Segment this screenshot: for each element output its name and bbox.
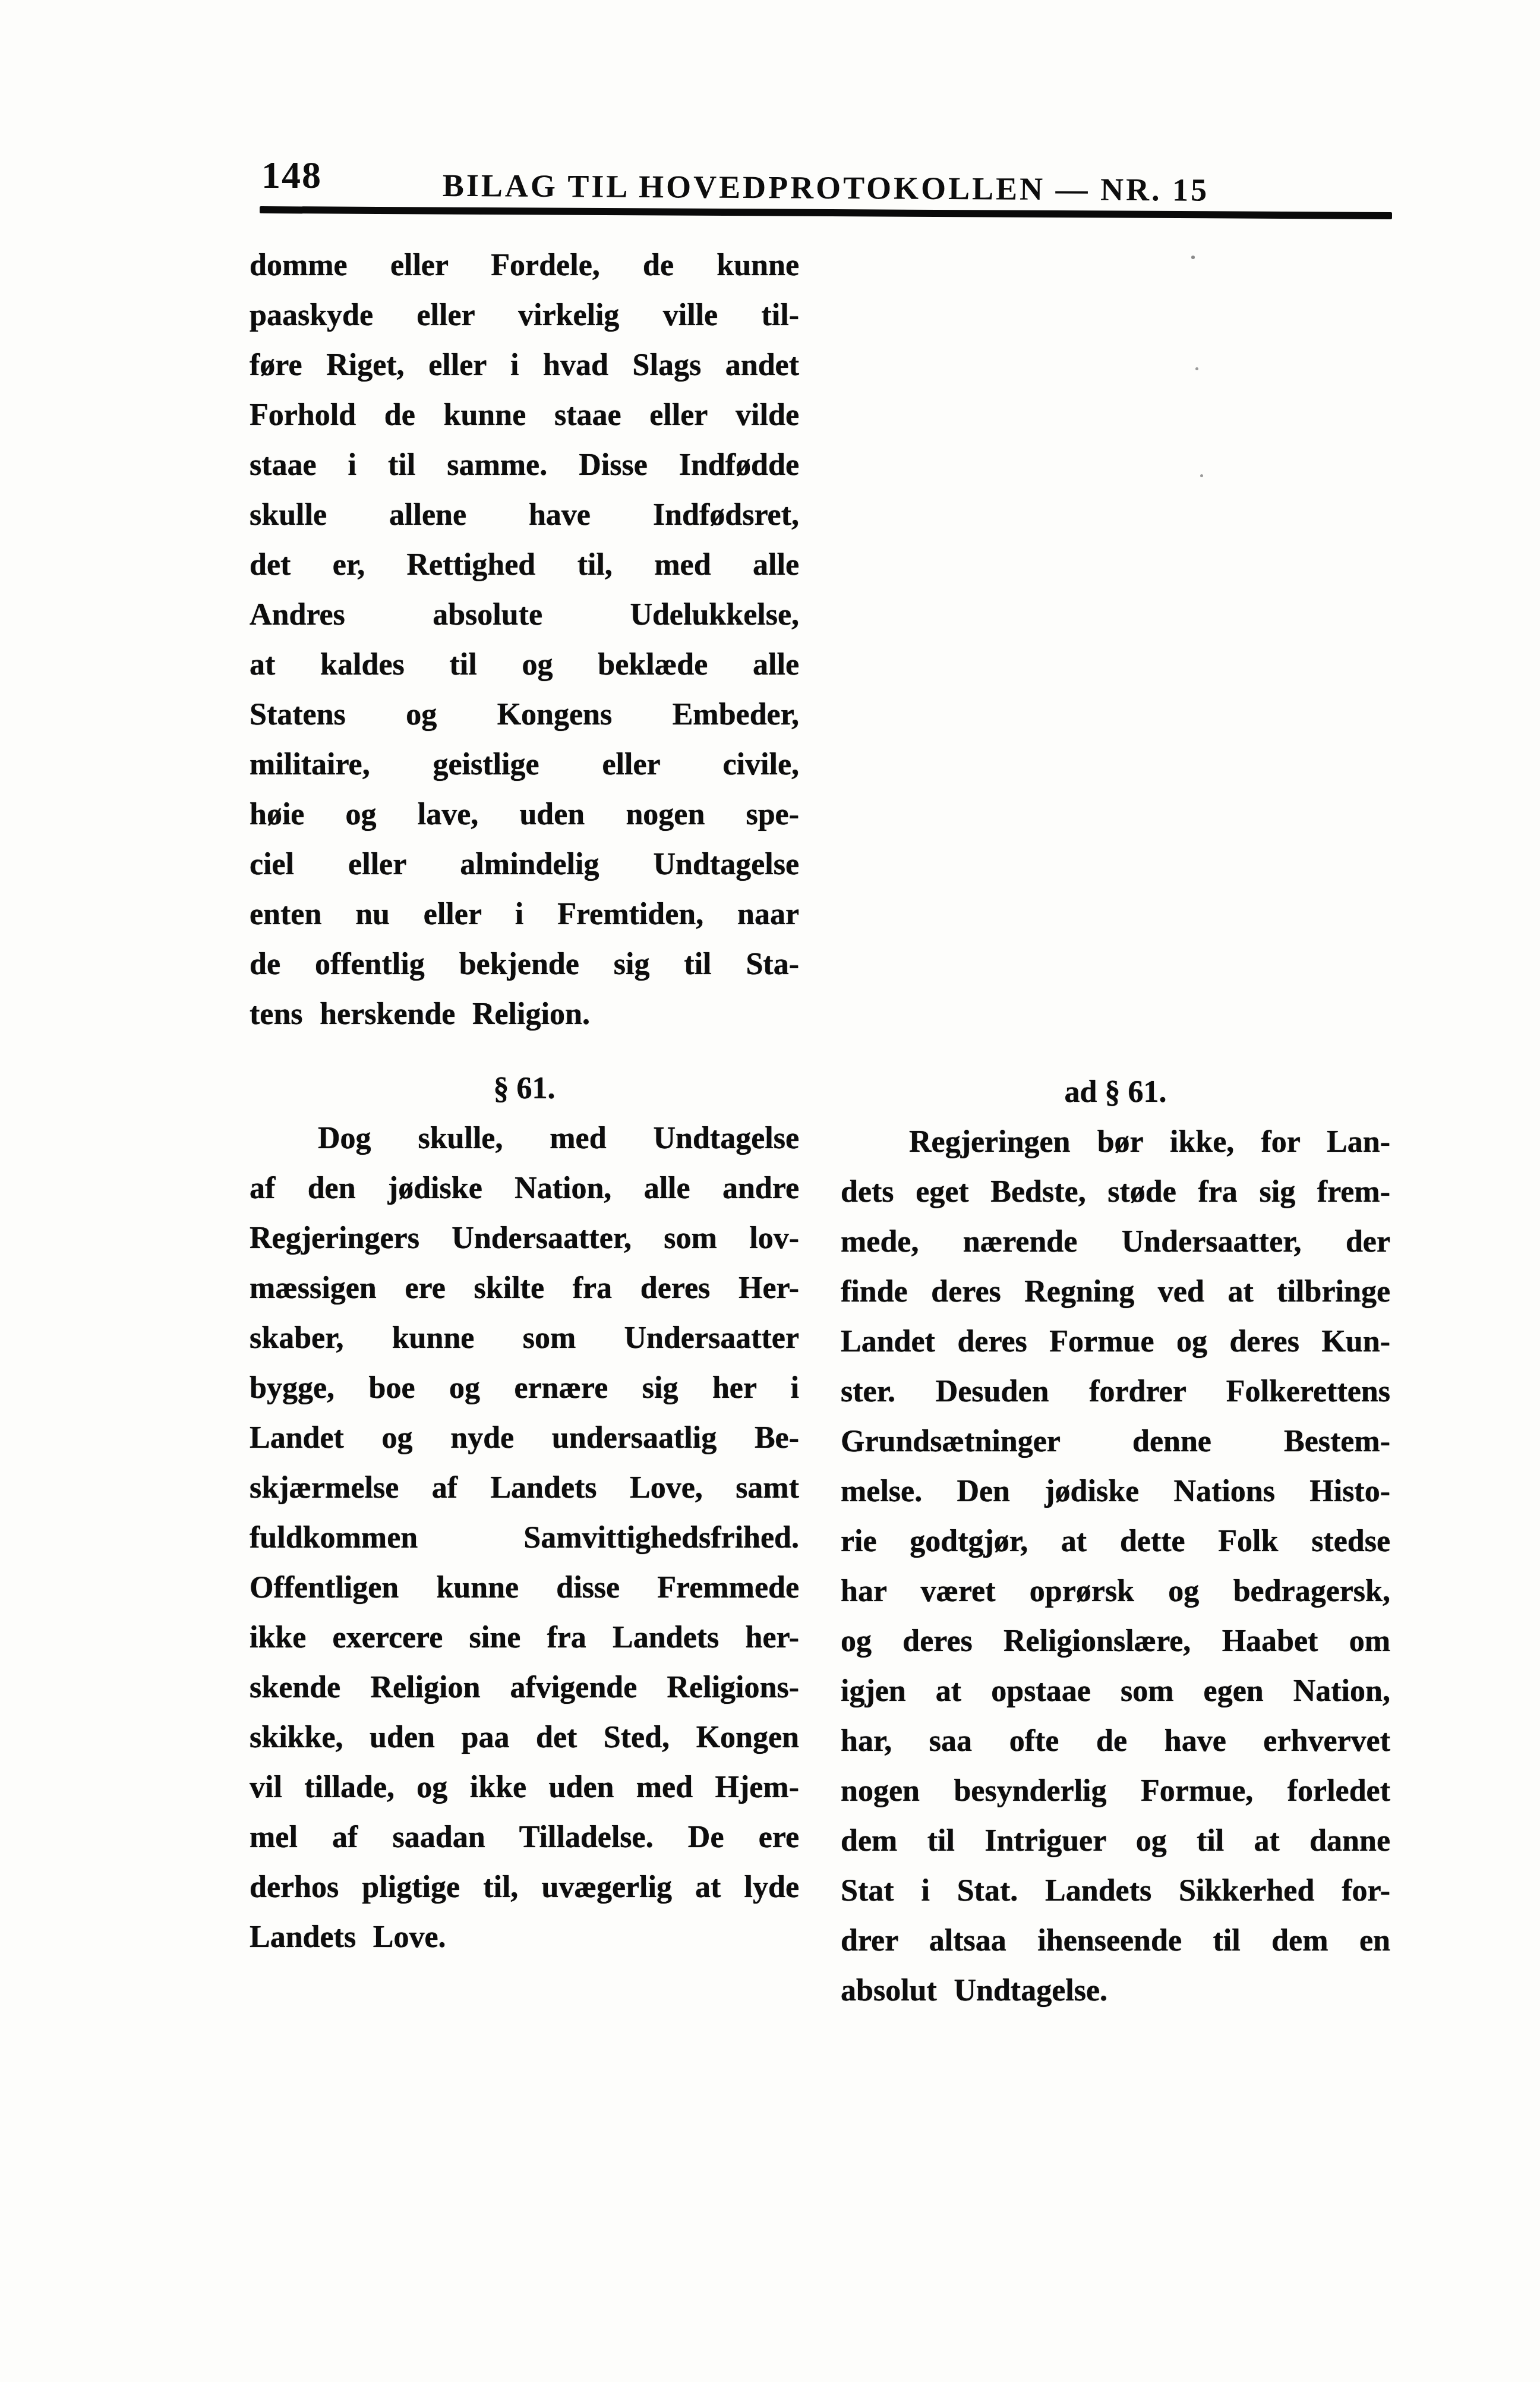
text-line: melse. Den jødiske Nations Histo-: [841, 1467, 1390, 1517]
text-line: staae i til samme. Disse Indfødde: [250, 440, 799, 490]
text-line: igjen at opstaae som egen Nation,: [841, 1666, 1390, 1716]
text-line: rie godtgjør, at dette Folk stedse: [841, 1517, 1390, 1567]
text-line: Forhold de kunne staae eller vilde: [250, 390, 799, 440]
text-line: af den jødiske Nation, alle andre: [250, 1164, 799, 1214]
annotation-heading-ad-61: ad § 61.: [841, 1067, 1390, 1117]
text-line: skjærmelse af Landets Love, samt: [250, 1463, 799, 1513]
text-line: nogen besynderlig Formue, forledet: [841, 1766, 1390, 1816]
text-line: Regjeringen bør ikke, for Lan-: [841, 1117, 1390, 1167]
text-line: vil tillade, og ikke uden med Hjem-: [250, 1763, 799, 1813]
text-line: høie og lave, uden nogen spe-: [250, 790, 799, 840]
text-line: fuldkommen Samvittighedsfrihed.: [250, 1513, 799, 1563]
text-line: det er, Rettighed til, med alle: [250, 540, 799, 590]
text-line: mæssigen ere skilte fra deres Her-: [250, 1264, 799, 1313]
text-line: skende Religion afvigende Religions-: [250, 1663, 799, 1713]
left-paragraph-61: Dog skulle, med Undtagelseaf den jødiske…: [250, 1114, 799, 1962]
text-line: Stat i Stat. Landets Sikkerhed for-: [841, 1866, 1390, 1916]
text-line: Landets Love.: [250, 1912, 799, 1962]
scan-speck: [1200, 474, 1203, 477]
text-line: enten nu eller i Fremtiden, naar: [250, 890, 799, 940]
text-line: militaire, geistlige eller civile,: [250, 740, 799, 790]
text-line: ster. Desuden fordrer Folkerettens: [841, 1367, 1390, 1417]
text-line: skaber, kunne som Undersaatter: [250, 1313, 799, 1363]
text-line: Andres absolute Udelukkelse,: [250, 590, 799, 640]
scan-speck: [1195, 367, 1198, 370]
text-line: har, saa ofte de have erhvervet: [841, 1716, 1390, 1766]
text-line: ikke exercere sine fra Landets her-: [250, 1613, 799, 1663]
text-line: og deres Religionslære, Haabet om: [841, 1617, 1390, 1666]
text-line: Dog skulle, med Undtagelse: [250, 1114, 799, 1164]
text-line: dem til Intriguer og til at danne: [841, 1816, 1390, 1866]
right-column: ad § 61. Regjeringen bør ikke, for Lan-d…: [841, 1067, 1390, 2016]
scan-speck: [1191, 256, 1195, 259]
text-line: derhos pligtige til, uvægerlig at lyde: [250, 1863, 799, 1912]
text-line: skikke, uden paa det Sted, Kongen: [250, 1713, 799, 1763]
left-column: domme eller Fordele, de kunnepaaskyde el…: [250, 241, 799, 1962]
text-line: føre Riget, eller i hvad Slags andet: [250, 341, 799, 390]
right-annotation-paragraph: Regjeringen bør ikke, for Lan-dets eget …: [841, 1117, 1390, 2016]
text-line: de offentlig bekjende sig til Sta-: [250, 940, 799, 990]
text-line: drer altsaa ihenseende til dem en: [841, 1916, 1390, 1966]
text-line: paaskyde eller virkelig ville til-: [250, 291, 799, 341]
text-line: Offentligen kunne disse Fremmede: [250, 1563, 799, 1613]
text-line: tens herskende Religion.: [250, 990, 799, 1039]
left-continuation-paragraph: domme eller Fordele, de kunnepaaskyde el…: [250, 241, 799, 1039]
text-line: bygge, boe og ernære sig her i: [250, 1363, 799, 1413]
text-line: domme eller Fordele, de kunne: [250, 241, 799, 291]
text-line: absolut Undtagelse.: [841, 1966, 1390, 2016]
text-line: har været oprørsk og bedragersk,: [841, 1567, 1390, 1617]
text-line: dets eget Bedste, støde fra sig frem-: [841, 1167, 1390, 1217]
text-line: finde deres Regning ved at tilbringe: [841, 1267, 1390, 1317]
text-line: at kaldes til og beklæde alle: [250, 640, 799, 690]
text-line: ciel eller almindelig Undtagelse: [250, 840, 799, 890]
text-line: mede, nærende Undersaatter, der: [841, 1217, 1390, 1267]
text-line: skulle allene have Indfødsret,: [250, 490, 799, 540]
scanned-book-page: 148 BILAG TIL HOVEDPROTOKOLLEN — NR. 15 …: [0, 0, 1540, 2382]
text-line: Grundsætninger denne Bestem-: [841, 1417, 1390, 1467]
text-line: mel af saadan Tilladelse. De ere: [250, 1813, 799, 1863]
text-line: Statens og Kongens Embeder,: [250, 690, 799, 740]
section-heading-61: § 61.: [250, 1064, 799, 1114]
text-line: Regjeringers Undersaatter, som lov-: [250, 1214, 799, 1264]
text-line: Landet og nyde undersaatlig Be-: [250, 1413, 799, 1463]
text-line: Landet deres Formue og deres Kun-: [841, 1317, 1390, 1367]
running-title: BILAG TIL HOVEDPROTOKOLLEN — NR. 15: [260, 168, 1392, 208]
header-rule: [260, 206, 1392, 219]
